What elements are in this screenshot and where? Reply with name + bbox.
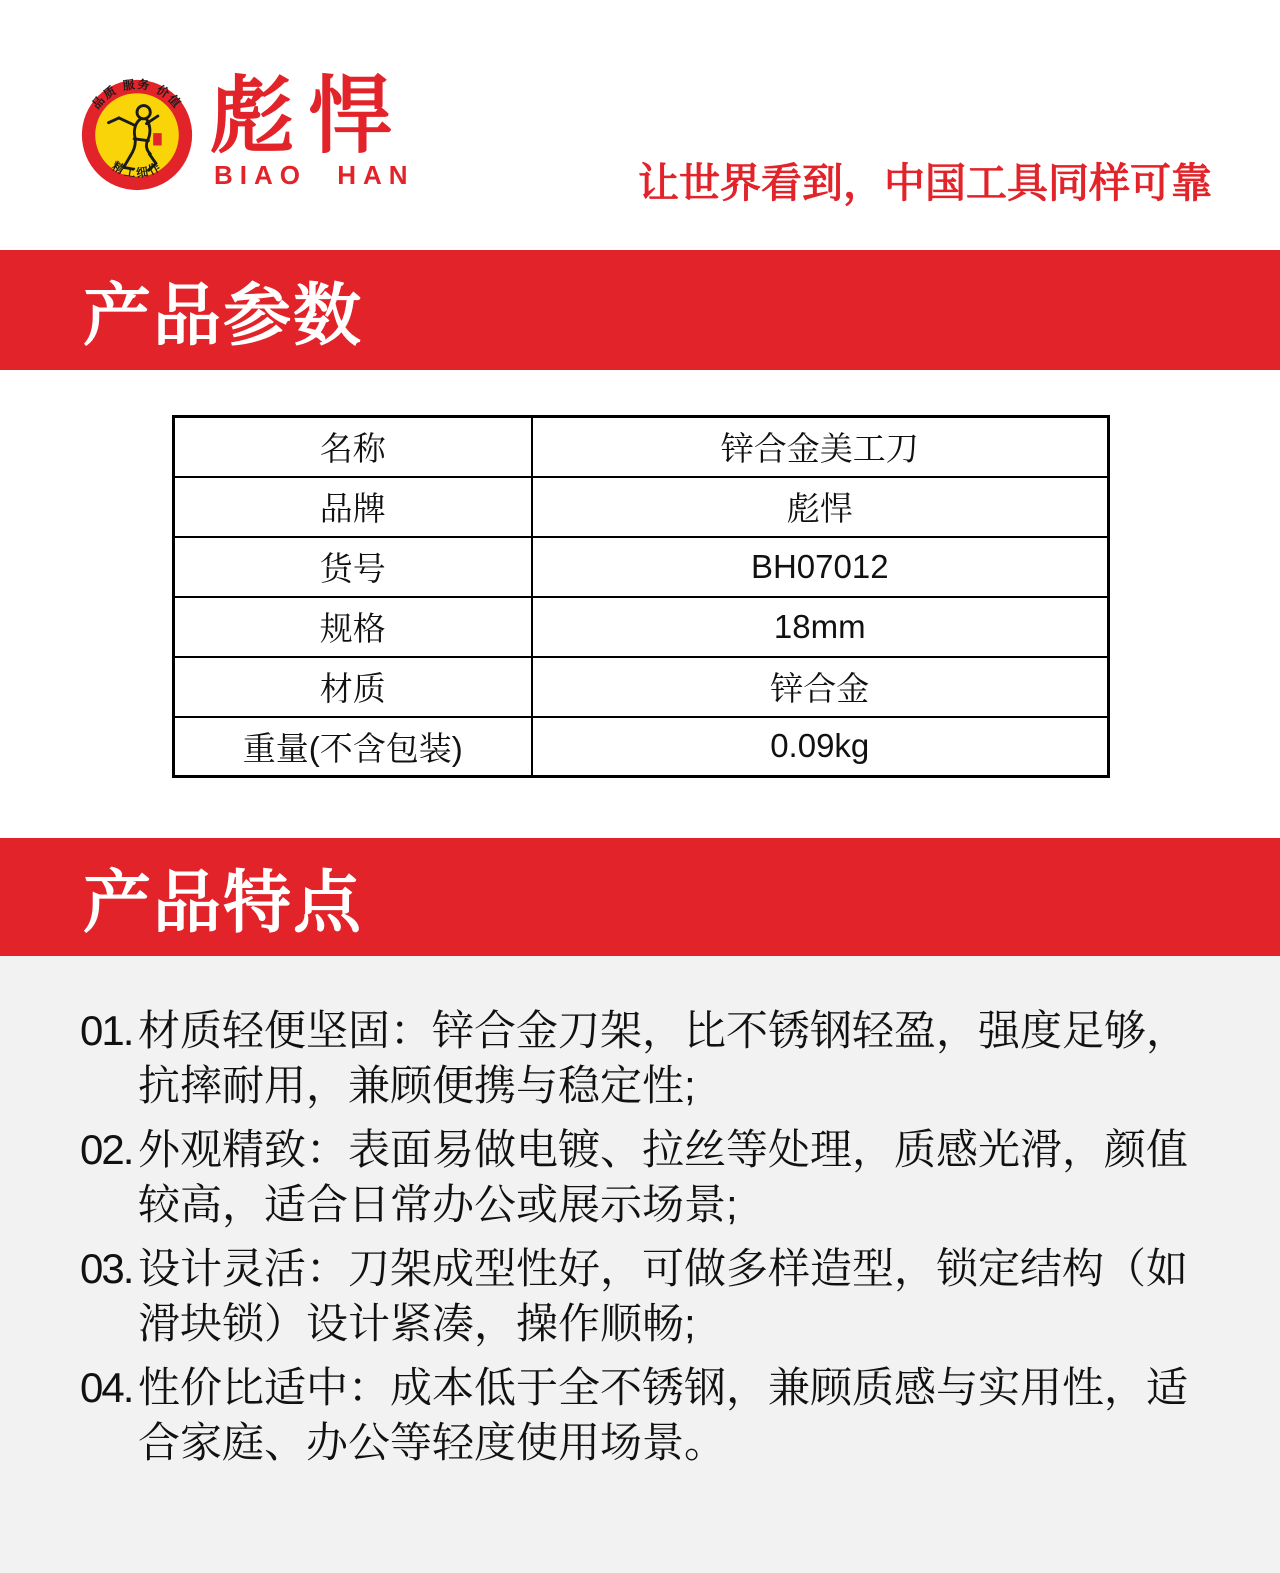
feature-text: 设计灵活：刀架成型性好，可做多样造型，锁定结构（如滑块锁）设计紧凑，操作顺畅; xyxy=(138,1241,1205,1351)
spec-label: 材质 xyxy=(174,657,532,717)
table-row: 名称 锌合金美工刀 xyxy=(174,417,1109,477)
feature-number: 04. xyxy=(80,1360,138,1470)
feature-text: 材质轻便坚固：锌合金刀架，比不锈钢轻盈，强度足够，抗摔耐用，兼顾便携与稳定性; xyxy=(138,1003,1205,1113)
params-section-title: 产品参数 xyxy=(83,262,363,359)
list-item: 04. 性价比适中：成本低于全不锈钢，兼顾质感与实用性，适合家庭、办公等轻度使用… xyxy=(80,1360,1205,1470)
spec-value: BH07012 xyxy=(532,537,1109,597)
spec-label: 货号 xyxy=(174,537,532,597)
table-row: 材质 锌合金 xyxy=(174,657,1109,717)
section-banner-params: 产品参数 xyxy=(0,250,1280,370)
spec-value: 彪悍 xyxy=(532,477,1109,537)
seal-stamp-mark xyxy=(153,133,162,145)
feature-text: 性价比适中：成本低于全不锈钢，兼顾质感与实用性，适合家庭、办公等轻度使用场景。 xyxy=(138,1360,1205,1470)
spec-table: 名称 锌合金美工刀 品牌 彪悍 货号 BH07012 规格 18mm 材质 锌合… xyxy=(172,415,1110,778)
brand-logo: 品质 服务 价值 精工细作 彪悍 BIAO HAN xyxy=(80,78,415,192)
feature-number: 01. xyxy=(80,1003,138,1113)
table-row: 品牌 彪悍 xyxy=(174,477,1109,537)
features-section-title: 产品特点 xyxy=(83,849,363,946)
table-row: 规格 18mm xyxy=(174,597,1109,657)
table-row: 货号 BH07012 xyxy=(174,537,1109,597)
spec-label: 重量(不含包装) xyxy=(174,717,532,777)
spec-label: 名称 xyxy=(174,417,532,477)
spec-value: 锌合金美工刀 xyxy=(532,417,1109,477)
list-item: 03. 设计灵活：刀架成型性好，可做多样造型，锁定结构（如滑块锁）设计紧凑，操作… xyxy=(80,1241,1205,1351)
spec-section: 名称 锌合金美工刀 品牌 彪悍 货号 BH07012 规格 18mm 材质 锌合… xyxy=(0,370,1280,838)
page-header: 品质 服务 价值 精工细作 彪悍 BIAO HAN 让世界看 xyxy=(0,0,1280,250)
spec-label: 品牌 xyxy=(174,477,532,537)
table-row: 重量(不含包装) 0.09kg xyxy=(174,717,1109,777)
brand-seal-icon: 品质 服务 价值 精工细作 xyxy=(80,78,194,192)
brand-name-en: BIAO HAN xyxy=(214,160,415,191)
spec-value: 0.09kg xyxy=(532,717,1109,777)
spec-value: 锌合金 xyxy=(532,657,1109,717)
spec-value: 18mm xyxy=(532,597,1109,657)
feature-number: 03. xyxy=(80,1241,138,1351)
brand-name-cn: 彪悍 xyxy=(210,74,415,158)
brand-slogan: 让世界看到，中国工具同样可靠 xyxy=(638,150,1212,209)
list-item: 01. 材质轻便坚固：锌合金刀架，比不锈钢轻盈，强度足够，抗摔耐用，兼顾便携与稳… xyxy=(80,1003,1205,1113)
feature-number: 02. xyxy=(80,1122,138,1232)
brand-wordmark: 彪悍 BIAO HAN xyxy=(210,74,415,191)
list-item: 02. 外观精致：表面易做电镀、拉丝等处理，质感光滑，颜值较高，适合日常办公或展… xyxy=(80,1122,1205,1232)
section-banner-features: 产品特点 xyxy=(0,838,1280,956)
features-section: 01. 材质轻便坚固：锌合金刀架，比不锈钢轻盈，强度足够，抗摔耐用，兼顾便携与稳… xyxy=(0,956,1280,1573)
feature-text: 外观精致：表面易做电镀、拉丝等处理，质感光滑，颜值较高，适合日常办公或展示场景; xyxy=(138,1122,1205,1232)
spec-label: 规格 xyxy=(174,597,532,657)
